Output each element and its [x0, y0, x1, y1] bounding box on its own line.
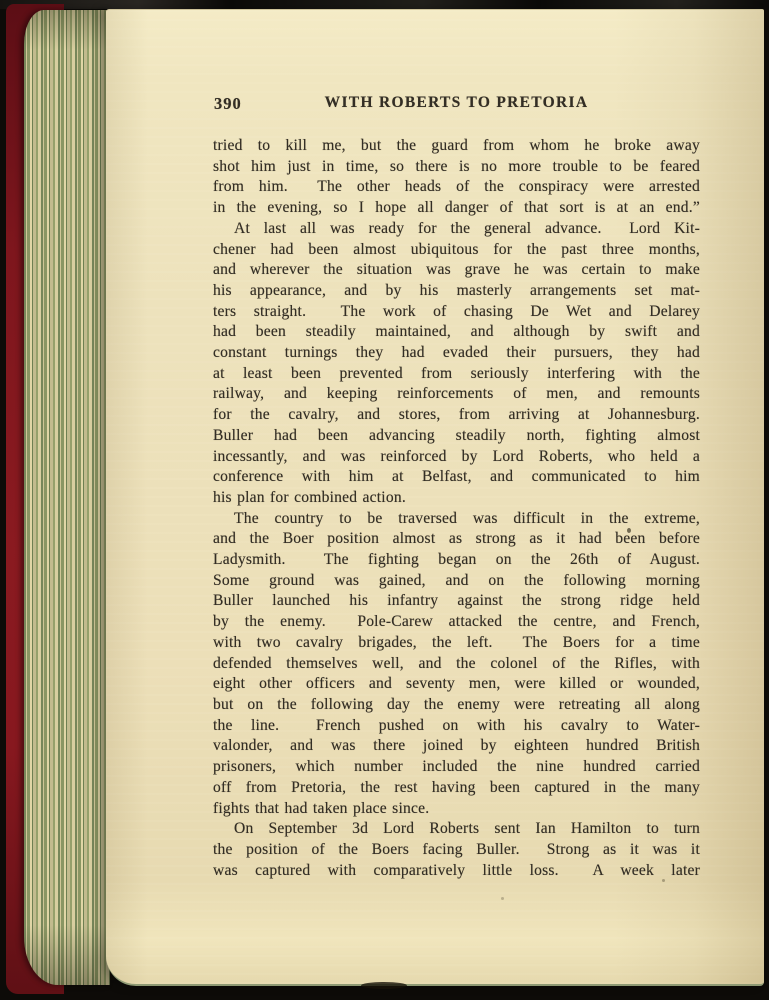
text-line: Ladysmith. The fighting began on the 26t…	[213, 550, 700, 571]
edge-smudge	[361, 982, 407, 989]
text-line: had been steadily maintained, and althou…	[213, 322, 700, 343]
text-line: ters straight. The work of chasing De We…	[213, 302, 700, 323]
text-line: in the evening, so I hope all danger of …	[213, 198, 700, 219]
text-line: from him. The other heads of the conspir…	[213, 177, 700, 198]
text-line: was captured with comparatively little l…	[213, 861, 700, 882]
text-line: incessantly, and was reinforced by Lord …	[213, 447, 700, 468]
paragraph: At last all was ready for the general ad…	[213, 219, 700, 509]
text-line: and wherever the situation was grave he …	[213, 260, 700, 281]
text-line: Buller launched his infantry against the…	[213, 591, 700, 612]
text-line: prisoners, which number included the nin…	[213, 757, 700, 778]
text-line: defended themselves well, and the colone…	[213, 654, 700, 675]
text-line: valonder, and was there joined by eighte…	[213, 736, 700, 757]
text-line: with two cavalry brigades, the left. The…	[213, 633, 700, 654]
text-line: the line. French pushed on with his cava…	[213, 716, 700, 737]
text-block: tried to kill me, but the guard from who…	[213, 136, 700, 881]
text-line: by the enemy. Pole-Carew attacked the ce…	[213, 612, 700, 633]
text-line: but on the following day the enemy were …	[213, 695, 700, 716]
text-line: Buller had been advancing steadily north…	[213, 426, 700, 447]
page-number: 390	[214, 94, 242, 114]
text-line: his appearance, and by his masterly arra…	[213, 281, 700, 302]
text-line: the position of the Boers facing Buller.…	[213, 840, 700, 861]
paragraph: tried to kill me, but the guard from who…	[213, 136, 700, 219]
text-line: shot him just in time, so there is no mo…	[213, 157, 700, 178]
text-line: On September 3d Lord Roberts sent Ian Ha…	[213, 819, 700, 840]
running-title: WITH ROBERTS TO PRETORIA	[213, 94, 700, 112]
text-line: conference with him at Belfast, and comm…	[213, 467, 700, 488]
book-page: 390 WITH ROBERTS TO PRETORIA tried to ki…	[106, 9, 764, 986]
text-line: tried to kill me, but the guard from who…	[213, 136, 700, 157]
text-line: fights that had taken place since.	[213, 799, 700, 820]
frame-glint	[0, 0, 769, 9]
page-fore-edges	[24, 10, 110, 985]
text-line: chener had been almost ubiquitous for th…	[213, 240, 700, 261]
text-line: The country to be traversed was difficul…	[213, 509, 700, 530]
text-line: his plan for combined action.	[213, 488, 700, 509]
text-line: eight other officers and seventy men, we…	[213, 674, 700, 695]
ink-speck	[501, 897, 504, 900]
text-line: At last all was ready for the general ad…	[213, 219, 700, 240]
text-line: for the cavalry, and stores, from arrivi…	[213, 405, 700, 426]
paragraph: The country to be traversed was difficul…	[213, 509, 700, 820]
page-header: 390 WITH ROBERTS TO PRETORIA	[213, 94, 700, 115]
paragraph: On September 3d Lord Roberts sent Ian Ha…	[213, 819, 700, 881]
page-content: 390 WITH ROBERTS TO PRETORIA tried to ki…	[213, 94, 700, 881]
text-line: constant turnings they had evaded their …	[213, 343, 700, 364]
text-line: off from Pretoria, the rest having been …	[213, 778, 700, 799]
text-line: and the Boer position almost as strong a…	[213, 529, 700, 550]
text-line: railway, and keeping reinforcements of m…	[213, 384, 700, 405]
text-line: at least been prevented from seriously i…	[213, 364, 700, 385]
text-line: Some ground was gained, and on the follo…	[213, 571, 700, 592]
